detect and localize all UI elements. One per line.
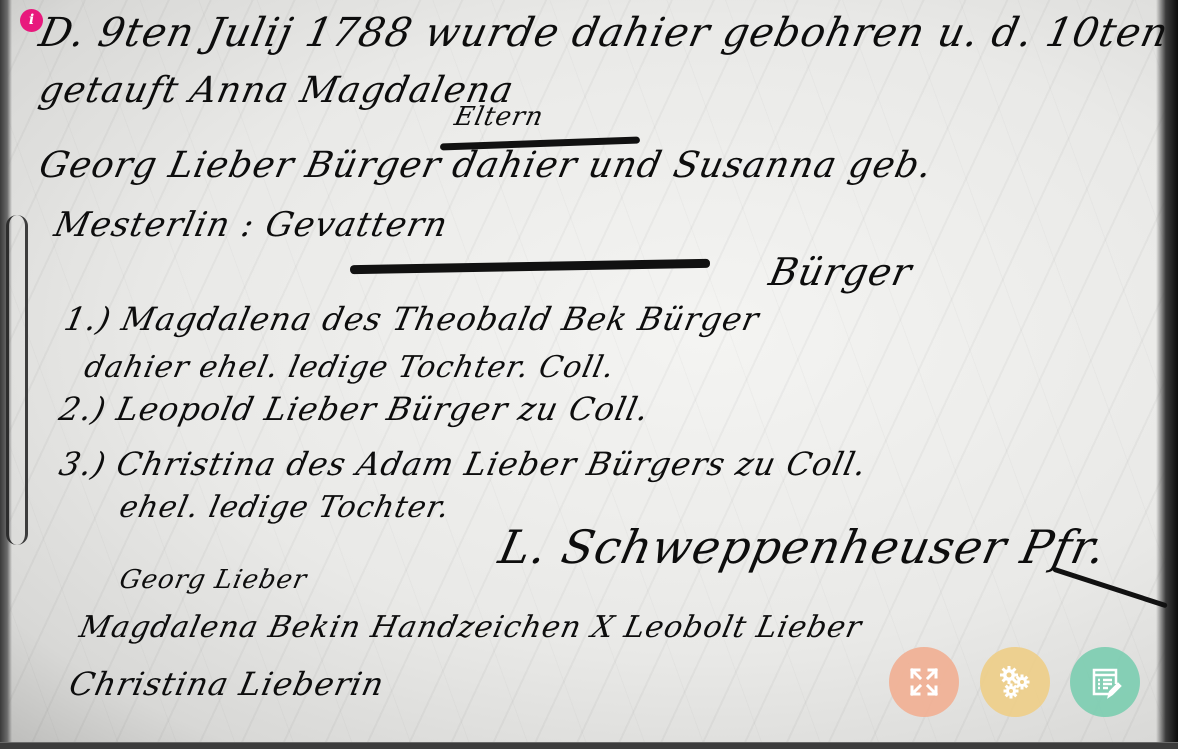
page-right-edge <box>1156 0 1178 742</box>
bottom-toolbar <box>0 742 1178 749</box>
info-button[interactable]: i <box>20 9 43 32</box>
handwriting-heading-parents: Eltern <box>452 102 547 132</box>
signature-flourish <box>1052 567 1168 609</box>
handwriting-line: 1.) Magdalena des Theobald Bek Bürger <box>61 300 763 338</box>
handwriting-signature: Christina Lieberin <box>66 665 388 703</box>
handwriting-line: getauft Anna Magdalena <box>36 70 518 111</box>
gears-icon <box>997 664 1033 700</box>
handwriting-signature: Magdalena Bekin Handzeichen X Leobolt Li… <box>76 610 865 645</box>
settings-button[interactable] <box>980 647 1050 717</box>
handwriting-line: ehel. ledige Tochter. <box>116 490 453 525</box>
document-image-viewer[interactable]: D. 9ten Julij 1788 wurde dahier gebohren… <box>0 0 1178 742</box>
fullscreen-button[interactable] <box>889 647 959 717</box>
expand-arrows-icon <box>906 664 942 700</box>
handwriting-line: Georg Lieber Bürger dahier und Susanna g… <box>36 145 937 186</box>
handwriting-line: 3.) Christina des Adam Lieber Bürgers zu… <box>56 445 871 483</box>
handwriting-line: Bürger <box>765 250 916 294</box>
handwriting-line: dahier ehel. ledige Tochter. Coll. <box>81 350 618 385</box>
handwriting-line: 2.) Leopold Lieber Bürger zu Coll. <box>56 390 653 428</box>
handwriting-line: D. 9ten Julij 1788 wurde dahier gebohren… <box>35 10 1178 56</box>
handwriting-signature-pastor: L. Schweppenheuser Pfr. <box>494 520 1111 574</box>
binding-cord <box>6 215 28 545</box>
transcription-notes-button[interactable] <box>1070 647 1140 717</box>
handwriting-signature: Georg Lieber <box>117 565 310 595</box>
edit-list-icon <box>1087 664 1123 700</box>
handwriting-line: Mesterlin : Gevattern <box>51 205 452 245</box>
underline-rule <box>350 259 710 274</box>
